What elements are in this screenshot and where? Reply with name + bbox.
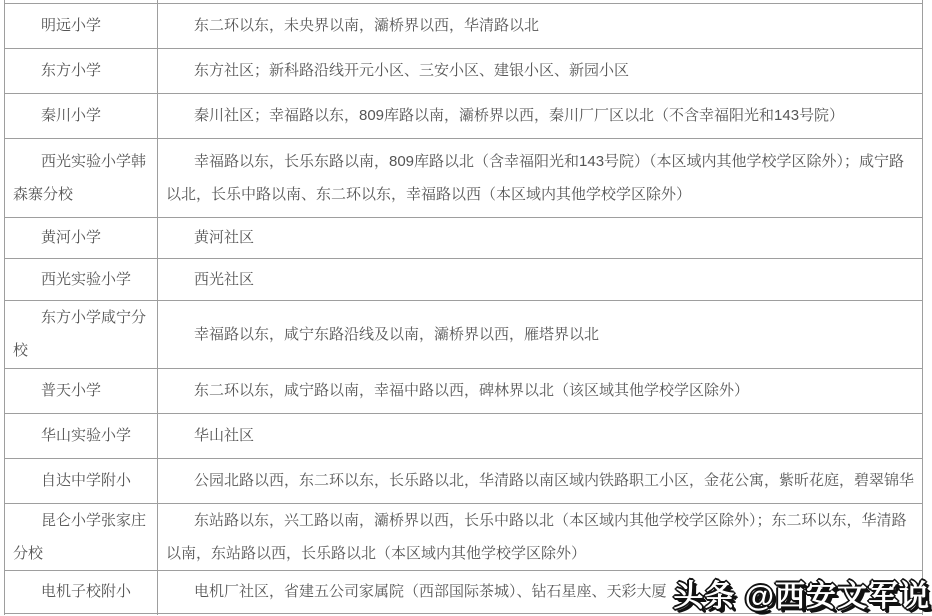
district-boundary-cell: 公园北路以西，东二环以东，长乐路以北，华清路以南区域内铁路职工小区，金花公寓，紫… [158, 458, 923, 503]
school-name-cell: 普天小学 [5, 368, 158, 413]
table-row: 华山实验小学 华山社区 [5, 413, 923, 458]
school-name-cell [5, 613, 158, 615]
school-name-cell: 自达中学附小 [5, 458, 158, 503]
district-boundary-cell: 华山社区 [158, 413, 923, 458]
toutiao-watermark: 头条 @西安文军说 [673, 571, 930, 615]
district-boundary-cell: 西光社区 [158, 258, 923, 300]
table-row: 东方小学 东方社区；新科路沿线开元小区、三安小区、建银小区、新园小区 [5, 48, 923, 93]
district-boundary-cell: 秦川社区；幸福路以东，809库路以南，灞桥界以西，秦川厂厂区以北（不含幸福阳光和… [158, 93, 923, 138]
school-name-cell: 华山实验小学 [5, 413, 158, 458]
table-row: 西光实验小学 西光社区 [5, 258, 923, 300]
district-boundary-cell: 幸福路以东，长乐东路以南，809库路以北（含幸福阳光和143号院）（本区域内其他… [158, 138, 923, 217]
table-row: 秦川小学 秦川社区；幸福路以东，809库路以南，灞桥界以西，秦川厂厂区以北（不含… [5, 93, 923, 138]
district-boundary-cell: 幸福路以东，咸宁东路沿线及以南，灞桥界以西，雁塔界以北 [158, 300, 923, 368]
school-name-cell: 东方小学 [5, 48, 158, 93]
table-row: 昆仑小学张家庄分校 东站路以东，兴工路以南，灞桥界以西，长乐中路以北（本区域内其… [5, 503, 923, 570]
table-row: 自达中学附小 公园北路以西，东二环以东，长乐路以北，华清路以南区域内铁路职工小区… [5, 458, 923, 503]
district-boundary-cell: 东站路以东，兴工路以南，灞桥界以西，长乐中路以北（本区域内其他学校学区除外）；东… [158, 503, 923, 570]
table-row: 明远小学 东二环以东，未央界以南，灞桥界以西，华清路以北 [5, 3, 923, 48]
district-boundary-cell: 东二环以东，未央界以南，灞桥界以西，华清路以北 [158, 3, 923, 48]
table-row: 东方小学咸宁分校 幸福路以东，咸宁东路沿线及以南，灞桥界以西，雁塔界以北 [5, 300, 923, 368]
school-name-cell: 昆仑小学张家庄分校 [5, 503, 158, 570]
district-boundary-cell: 东二环以东，咸宁路以南，幸福中路以西，碑林界以北（该区域其他学校学区除外） [158, 368, 923, 413]
table-row: 黄河小学 黄河社区 [5, 217, 923, 258]
school-name-cell: 黄河小学 [5, 217, 158, 258]
school-name-cell: 西光实验小学 [5, 258, 158, 300]
table-row: 西光实验小学韩森寨分校 幸福路以东，长乐东路以南，809库路以北（含幸福阳光和1… [5, 138, 923, 217]
school-name-cell: 西光实验小学韩森寨分校 [5, 138, 158, 217]
district-boundary-cell: 黄河社区 [158, 217, 923, 258]
school-district-table: 明远小学 东二环以东，未央界以南，灞桥界以西，华清路以北 东方小学 东方社区；新… [4, 0, 923, 615]
school-name-cell: 电机子校附小 [5, 570, 158, 613]
school-name-cell: 明远小学 [5, 3, 158, 48]
school-name-cell: 秦川小学 [5, 93, 158, 138]
school-name-cell: 东方小学咸宁分校 [5, 300, 158, 368]
district-boundary-cell: 东方社区；新科路沿线开元小区、三安小区、建银小区、新园小区 [158, 48, 923, 93]
table-row: 普天小学 东二环以东，咸宁路以南，幸福中路以西，碑林界以北（该区域其他学校学区除… [5, 368, 923, 413]
page: 明远小学 东二环以东，未央界以南，灞桥界以西，华清路以北 东方小学 东方社区；新… [0, 0, 932, 616]
